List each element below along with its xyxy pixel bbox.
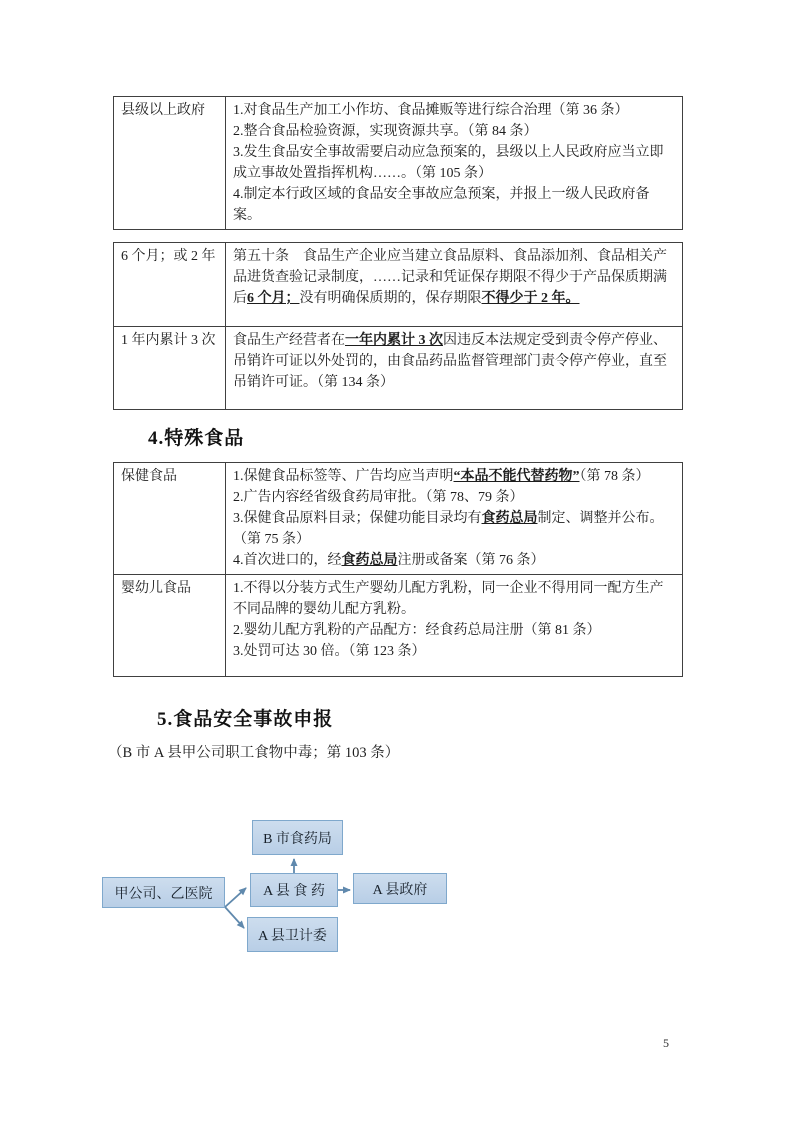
row-content: 1.对食品生产加工小作坊、食品摊贩等进行综合治理（第 36 条）2.整合食品检验… [226, 97, 682, 229]
row-label: 保健食品 [114, 463, 226, 574]
node-a-county-fda: A 县 食 药 [250, 873, 338, 907]
arrow-company-to-health-committee [225, 907, 244, 928]
row-content: 食品生产经营者在一年内累计 3 次因违反本法规定受到责令停产停业、吊销许可证以外… [226, 327, 682, 409]
paragraph: 4.制定本行政区域的食品安全事故应急预案，并报上一级人民政府备案。 [233, 184, 677, 226]
paragraph: 2.整合食品检验资源，实现资源共享。（第 84 条） [233, 121, 677, 142]
flow-diagram: B 市食药局 甲公司、乙医院 A 县 食 药 A 县政府 A 县卫计委 [0, 810, 500, 965]
document-page: 县级以上政府 1.对食品生产加工小作坊、食品摊贩等进行综合治理（第 36 条）2… [0, 0, 793, 1122]
paragraph: 4.首次进口的，经食药总局注册或备案（第 76 条） [233, 550, 677, 571]
section-heading-special-foods: 4.特殊食品 [148, 423, 244, 450]
paragraph: 食品生产经营者在一年内累计 3 次因违反本法规定受到责令停产停业、吊销许可证以外… [233, 330, 677, 393]
node-a-county-health-committee: A 县卫计委 [247, 917, 338, 952]
table-records-penalties: 6 个月；或 2 年 第五十条 食品生产企业应当建立食品原料、食品添加剂、食品相… [113, 242, 683, 410]
paragraph: 2.婴幼儿配方乳粉的产品配方：经食药总局注册（第 81 条） [233, 620, 677, 641]
row-content: 1.不得以分装方式生产婴幼儿配方乳粉，同一企业不得用同一配方生产不同品牌的婴幼儿… [226, 575, 682, 676]
paragraph: 2.广告内容经省级食药局审批。（第 78、79 条） [233, 487, 677, 508]
paragraph: 3.发生食品安全事故需要启动应急预案的，县级以上人民政府应当立即成立事故处置指挥… [233, 142, 677, 184]
page-number: 5 [663, 1036, 669, 1051]
paragraph: 3.保健食品原料目录；保健功能目录均有食药总局制定、调整并公布。（第 75 条） [233, 508, 677, 550]
row-label: 6 个月；或 2 年 [114, 243, 226, 326]
section-heading-incident-report: 5.食品安全事故申报 [157, 704, 333, 731]
table-row: 婴幼儿食品 1.不得以分装方式生产婴幼儿配方乳粉，同一企业不得用同一配方生产不同… [114, 574, 682, 676]
arrow-company-to-county-fda [225, 888, 246, 907]
table-special-foods: 保健食品 1.保健食品标签等、广告均应当声明“本品不能代替药物”（第 78 条）… [113, 462, 683, 677]
row-label: 县级以上政府 [114, 97, 226, 229]
table-row: 保健食品 1.保健食品标签等、广告均应当声明“本品不能代替药物”（第 78 条）… [114, 463, 682, 574]
table-row: 县级以上政府 1.对食品生产加工小作坊、食品摊贩等进行综合治理（第 36 条）2… [114, 97, 682, 229]
row-label: 婴幼儿食品 [114, 575, 226, 676]
row-label: 1 年内累计 3 次 [114, 327, 226, 409]
table-row: 6 个月；或 2 年 第五十条 食品生产企业应当建立食品原料、食品添加剂、食品相… [114, 243, 682, 326]
paragraph: 第五十条 食品生产企业应当建立食品原料、食品添加剂、食品相关产品进货查验记录制度… [233, 246, 677, 309]
table-government-duties: 县级以上政府 1.对食品生产加工小作坊、食品摊贩等进行综合治理（第 36 条）2… [113, 96, 683, 230]
node-a-county-gov: A 县政府 [353, 873, 447, 904]
row-content: 第五十条 食品生产企业应当建立食品原料、食品添加剂、食品相关产品进货查验记录制度… [226, 243, 682, 326]
paragraph: 1.不得以分装方式生产婴幼儿配方乳粉，同一企业不得用同一配方生产不同品牌的婴幼儿… [233, 578, 677, 620]
node-b-city-fda: B 市食药局 [252, 820, 343, 855]
paragraph: 1.对食品生产加工小作坊、食品摊贩等进行综合治理（第 36 条） [233, 100, 677, 121]
node-company-hospital: 甲公司、乙医院 [102, 877, 225, 908]
row-content: 1.保健食品标签等、广告均应当声明“本品不能代替药物”（第 78 条）2.广告内… [226, 463, 682, 574]
paragraph: 3.处罚可达 30 倍。（第 123 条） [233, 641, 677, 662]
paragraph: 1.保健食品标签等、广告均应当声明“本品不能代替药物”（第 78 条） [233, 466, 677, 487]
table-row: 1 年内累计 3 次 食品生产经营者在一年内累计 3 次因违反本法规定受到责令停… [114, 326, 682, 409]
section5-note: （B 市 A 县甲公司职工食物中毒；第 103 条） [108, 741, 399, 762]
